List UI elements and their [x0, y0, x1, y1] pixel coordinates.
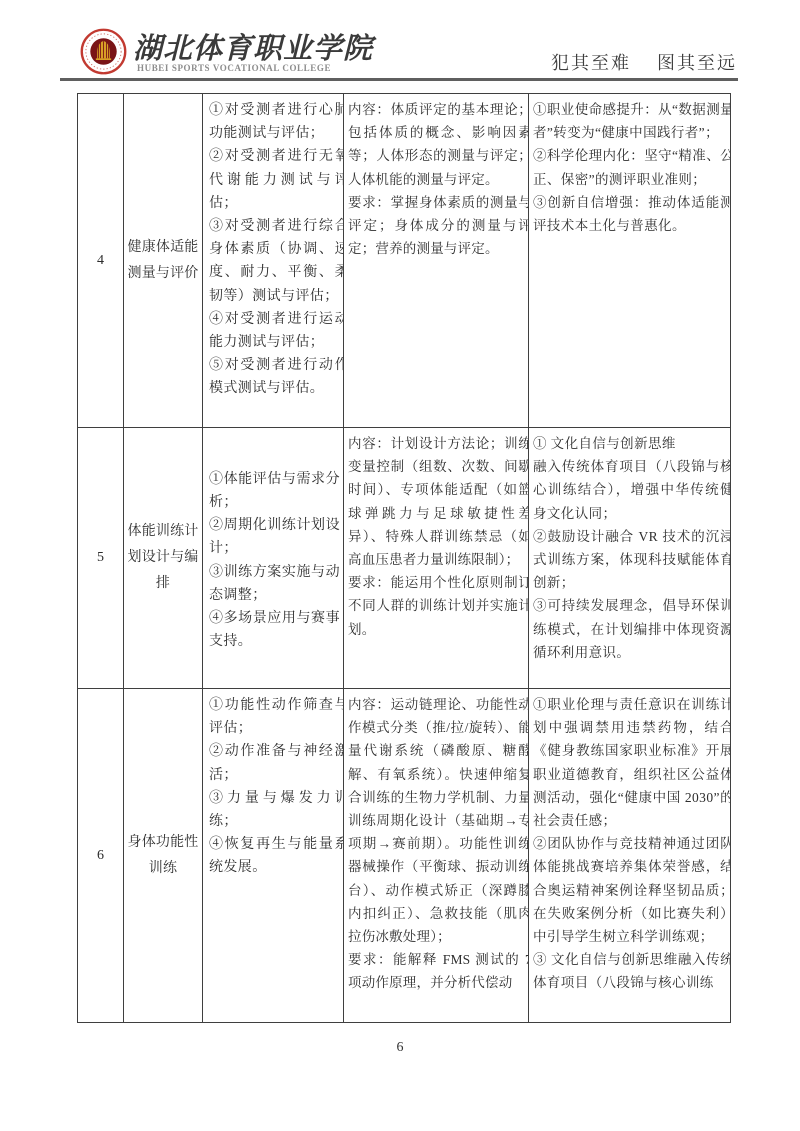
course-table: 4 健康体适能测量与评价 ①对受测者进行心肺功能测试与评估； ②对受测者进行无氧…: [77, 93, 731, 1023]
table-row4-tasks-text: ①对受测者进行心肺功能测试与评估； ②对受测者进行无氧代谢能力测试与评估； ③对…: [203, 94, 344, 401]
table-row5-module-name: 体能训练计划设计与编排: [124, 428, 203, 689]
motto-right: 图其至远: [657, 53, 737, 73]
college-name-cn: 湖北体育职业学院: [133, 26, 373, 67]
table-row6-module-name: 身体功能性训练: [124, 689, 203, 1023]
table-row4-tasks-cell: ①对受测者进行心肺功能测试与评估； ②对受测者进行无氧代谢能力测试与评估； ③对…: [203, 94, 344, 428]
college-name-en: HUBEI SPORTS VOCATIONAL COLLEGE: [137, 63, 331, 73]
table-row5-tasks-text: ①体能评估与需求分析； ②周期化训练计划设计； ③训练方案实施与动态调整； ④多…: [203, 463, 343, 654]
table-row6-content-cell: 内容：运动链理论、功能性动作模式分类（推/拉/旋转）、能量代谢系统（磷酸原、糖酵…: [344, 689, 529, 1023]
school-motto: 犯其至难图其至远: [551, 49, 737, 75]
table-row5-content-text: 内容：计划设计方法论；训练变量控制（组数、次数、间歇时间）、专项体能适配（如篮球…: [344, 428, 529, 641]
college-seal-icon: [80, 28, 127, 75]
table-row5-tasks-cell: ①体能评估与需求分析； ②周期化训练计划设计； ③训练方案实施与动态调整； ④多…: [203, 428, 344, 689]
table-row5-ideology-text: ① 文化自信与创新思维 融入传统体育项目（八段锦与核心训练结合），增强中华传统健…: [529, 428, 731, 664]
table-row6-ideology-text: ①职业伦理与责任意识在训练计划中强调禁用违禁药物，结合《健身教练国家职业标准》开…: [529, 689, 731, 995]
table-row6-ideology-cell: ①职业伦理与责任意识在训练计划中强调禁用违禁药物，结合《健身教练国家职业标准》开…: [529, 689, 731, 1023]
table-row4-ideology-cell: ①职业使命感提升：从“数据测量者”转变为“健康中国践行者”； ②科学伦理内化：坚…: [529, 94, 731, 428]
table-row6-content-text: 内容：运动链理论、功能性动作模式分类（推/拉/旋转）、能量代谢系统（磷酸原、糖酵…: [344, 689, 529, 995]
page-number: 6: [0, 1040, 800, 1056]
table-row6-tasks-text: ①功能性动作筛查与评估； ②动作准备与神经激活； ③力量与爆发力训练； ④恢复再…: [203, 689, 344, 880]
table-row5-ideology-cell: ① 文化自信与创新思维 融入传统体育项目（八段锦与核心训练结合），增强中华传统健…: [529, 428, 731, 689]
table-row4-ideology-text: ①职业使命感提升：从“数据测量者”转变为“健康中国践行者”； ②科学伦理内化：坚…: [529, 94, 731, 237]
header-divider: [60, 78, 738, 81]
table-row5-content-cell: 内容：计划设计方法论；训练变量控制（组数、次数、间歇时间）、专项体能适配（如篮球…: [344, 428, 529, 689]
table-row4-number: 4: [78, 94, 124, 428]
document-page: 湖北体育职业学院 HUBEI SPORTS VOCATIONAL COLLEGE…: [0, 0, 800, 1131]
table-row4-content-text: 内容：体质评定的基本理论；包括体质的概念、影响因素等；人体形态的测量与评定；人体…: [344, 94, 529, 260]
table-row6-tasks-cell: ①功能性动作筛查与评估； ②动作准备与神经激活； ③力量与爆发力训练； ④恢复再…: [203, 689, 344, 1023]
table-row6-number: 6: [78, 689, 124, 1023]
motto-left: 犯其至难: [551, 53, 631, 73]
table-row4-module-name: 健康体适能测量与评价: [124, 94, 203, 428]
table-row4-content-cell: 内容：体质评定的基本理论；包括体质的概念、影响因素等；人体形态的测量与评定；人体…: [344, 94, 529, 428]
table-row5-number: 5: [78, 428, 124, 689]
